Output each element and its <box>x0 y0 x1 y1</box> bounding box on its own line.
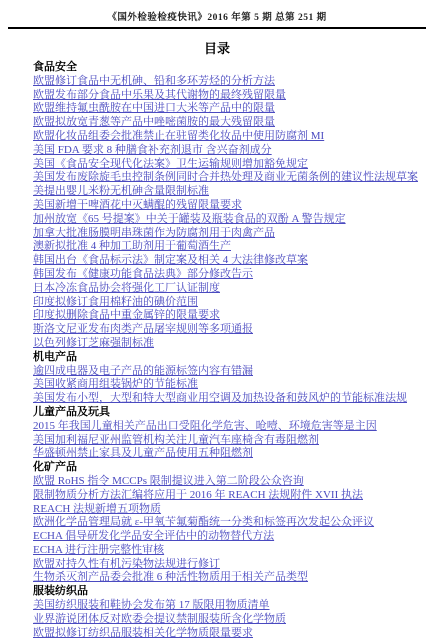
section-header: 机电产品 <box>33 351 422 365</box>
toc-link[interactable]: 欧盟化妆品组委会批准禁止在驻留类化妆品中使用防腐剂 MI <box>33 130 422 144</box>
toc-link[interactable]: 华盛顿州禁止家具及儿童产品使用五种阻燃剂 <box>33 447 422 461</box>
toc-link[interactable]: 欧盟拟放宽青葱等产品中唑嘧菌胺的最大残留限量 <box>33 116 422 130</box>
page-title: 目录 <box>0 38 434 57</box>
toc-link[interactable]: ECHA 进行注册完整性审核 <box>33 544 422 558</box>
toc-link[interactable]: 斯洛文尼亚发布肉类产品屠宰规则等多项通报 <box>33 323 422 337</box>
toc-link[interactable]: 2015 年我国儿童相关产品出口受阻化学危害、呛噎、环境危害等是主因 <box>33 420 422 434</box>
toc-link-partial[interactable]: 欧盟拟修订纺织品服装相关化学物质限量要求 <box>33 627 422 639</box>
toc-link[interactable]: 美国发布小型，大型和特大型商业用空调及加热设备和鼓风炉的节能标准法规 <box>33 392 422 406</box>
toc-link[interactable]: 欧盟对持久性有机污染物法规进行修订 <box>33 558 422 572</box>
section-header: 服装纺织品 <box>33 585 422 599</box>
toc-link[interactable]: 欧盟 RoHS 指令 MCCPs 限制提议进入第二阶段公众咨询 <box>33 475 422 489</box>
toc-link[interactable]: 加拿大批准肠膜明串珠菌作为防腐剂用于肉禽产品 <box>33 227 422 241</box>
section-header: 儿童产品及玩具 <box>33 406 422 420</box>
toc-link[interactable]: 美国发布废除旋毛虫控制条例同时合并热处理及商业无菌条例的建议性法规草案 <box>33 171 422 185</box>
toc-link[interactable]: 美国新增干啤酒花中灭螨醌的残留限量要求 <box>33 199 422 213</box>
toc-link[interactable]: 逾四成电器及电子产品的能源标签内容有错漏 <box>33 365 422 379</box>
journal-issue-header: 《国外检验检疫快讯》2016 年第 5 期 总第 251 期 <box>0 0 434 23</box>
toc-link[interactable]: 韩国发布《健康功能食品法典》部分修改告示 <box>33 268 422 282</box>
toc-link[interactable]: 欧盟发布部分食品中乐果及其代谢物的最终残留限量 <box>33 89 422 103</box>
toc-link[interactable]: 欧盟修订食品中无机砷、铅和多环芳烃的分析方法 <box>33 75 422 89</box>
toc-link[interactable]: 限制物质分析方法汇编将应用于 2016 年 REACH 法规附件 XVII 执法 <box>33 489 422 503</box>
toc-link[interactable]: 美国《食品安全现代化法案》卫生运输规则增加豁免规定 <box>33 158 422 172</box>
section-header: 食品安全 <box>33 61 422 75</box>
toc-link[interactable]: 欧盟维持氟虫酰胺在中国进口大米等产品中的限量 <box>33 102 422 116</box>
toc-link[interactable]: 印度拟修订食用棉籽油的碘价范围 <box>33 296 422 310</box>
toc-link[interactable]: 以色列修订芝麻强制标准 <box>33 337 422 351</box>
toc-link[interactable]: 美国纺织服装和鞋协会发布第 17 版限用物质清单 <box>33 599 422 613</box>
toc-link[interactable]: 欧洲化学品管理局就 ε-甲氧苄氟菊酯统一分类和标签再次发起公众评议 <box>33 516 422 530</box>
toc-link[interactable]: 澳新拟批准 4 种加工助剂用于葡萄酒生产 <box>33 240 422 254</box>
toc: 食品安全欧盟修订食品中无机砷、铅和多环芳烃的分析方法欧盟发布部分食品中乐果及其代… <box>0 57 434 639</box>
toc-link[interactable]: 韩国出台《食品标示法》制定案及相关 4 大法律修改草案 <box>33 254 422 268</box>
toc-link[interactable]: 印度拟删除食品中重金属锌的限量要求 <box>33 309 422 323</box>
toc-link[interactable]: 日本冷冻食品协会将强化工厂认证制度 <box>33 282 422 296</box>
toc-link[interactable]: 美提出婴儿米粉无机砷含量限制标准 <box>33 185 422 199</box>
toc-link[interactable]: 美国收紧商用组装锅炉的节能标准 <box>33 378 422 392</box>
toc-link[interactable]: 美国 FDA 要求 8 种膳食补充剂退市 含兴奋剂成分 <box>33 144 422 158</box>
toc-link[interactable]: 业界游说团体反对欧委会提议禁制服装所含化学物质 <box>33 613 422 627</box>
header-divider <box>8 27 426 29</box>
toc-link[interactable]: ECHA 倡导研发化学品安全评估中的动物替代方法 <box>33 530 422 544</box>
toc-link[interactable]: REACH 法规新增五项物质 <box>33 503 422 517</box>
toc-link[interactable]: 加州放宽《65 号提案》中关于罐装及瓶装食品的双酚 A 警告规定 <box>33 213 422 227</box>
toc-link[interactable]: 生物杀灭剂产品委会批准 6 种活性物质用于相关产品类型 <box>33 571 422 585</box>
toc-link[interactable]: 美国加利福尼亚州监管机构关注儿童汽车座椅含有毒阻燃剂 <box>33 434 422 448</box>
section-header: 化矿产品 <box>33 461 422 475</box>
